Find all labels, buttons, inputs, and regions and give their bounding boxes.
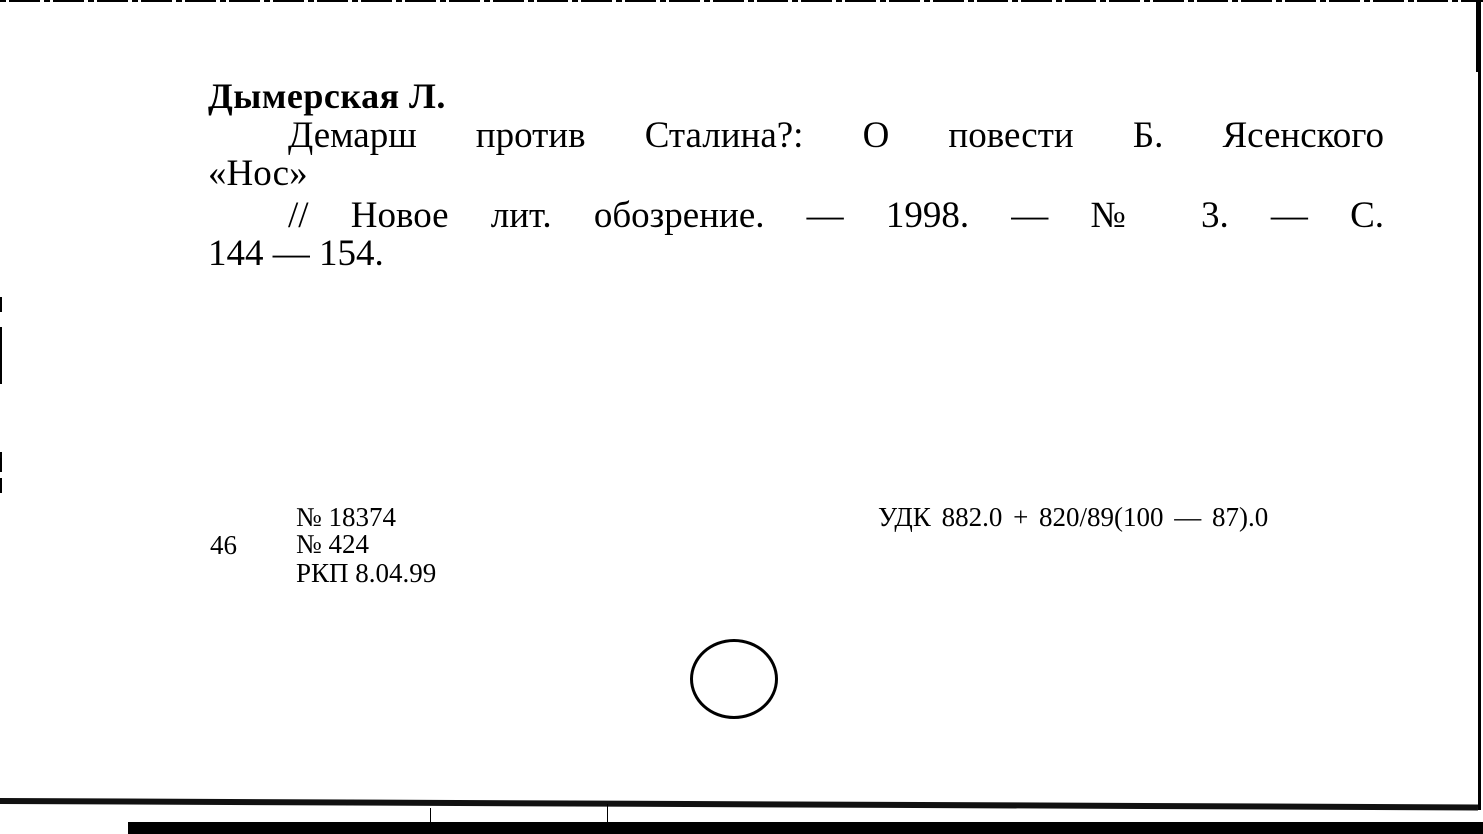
work-title-continuation: «Нос» [208, 154, 308, 194]
catalog-card: Дымерская Л. Демарш против Сталина?: О п… [0, 0, 1483, 834]
card-left-edge-mark [0, 374, 2, 384]
source-reference: // Новое лит. обозрение. — 1998. — № 3. … [208, 196, 1384, 236]
card-left-edge-mark [0, 327, 2, 377]
card-top-edge [0, 0, 1483, 2]
card-right-edge [1478, 72, 1481, 810]
card-number: 46 [210, 532, 237, 559]
page-range: 144 — 154. [208, 234, 384, 274]
card-left-edge-mark [0, 452, 2, 472]
udk-classification: УДК 882.0 + 820/89(100 — 87).0 [878, 504, 1268, 531]
card-bottom-edge [0, 798, 1478, 810]
card-right-edge-top [1476, 0, 1481, 72]
card-left-edge-mark [0, 478, 2, 493]
card-bottom-shadow [128, 822, 1483, 834]
card-left-edge-mark [0, 297, 2, 312]
punch-hole-icon [690, 639, 778, 719]
author-heading: Дымерская Л. [208, 76, 446, 116]
work-title: Демарш против Сталина?: О повести Б. Ясе… [208, 116, 1384, 156]
registration-number-2: № 424 [296, 531, 369, 558]
registration-date: РКП 8.04.99 [296, 560, 436, 587]
registration-number-1: № 18374 [296, 504, 396, 531]
